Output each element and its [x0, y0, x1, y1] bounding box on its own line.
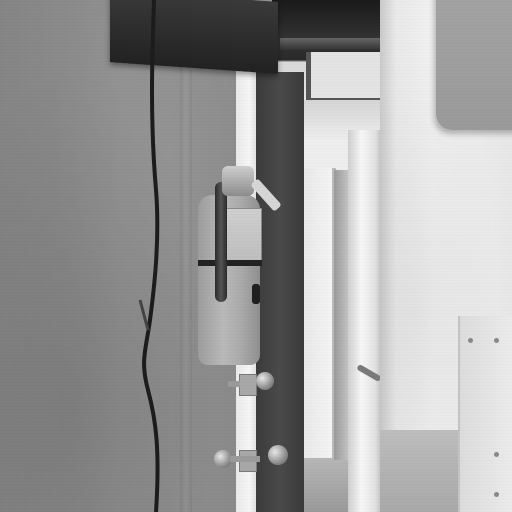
- door-knob-outer[interactable]: [268, 445, 288, 465]
- extinguisher-strap: [198, 260, 262, 266]
- photo-scene: [0, 0, 512, 512]
- wall-seam: [180, 60, 192, 512]
- overhead-duct: [306, 52, 387, 103]
- deadbolt-plate: [239, 374, 257, 396]
- door-knob-upper[interactable]: [256, 372, 274, 390]
- vertical-pipe: [348, 130, 382, 512]
- screw-icon: [468, 338, 473, 343]
- extinguisher-hose: [215, 182, 227, 302]
- knob-stem: [230, 456, 260, 462]
- extinguisher-bracket: [252, 284, 260, 304]
- right-wall-lower: [380, 430, 460, 512]
- knob-stem: [228, 381, 240, 387]
- overhead-box: [110, 0, 278, 74]
- screw-icon: [494, 338, 499, 343]
- wall-box: [436, 0, 512, 130]
- screw-icon: [494, 492, 499, 497]
- corridor-far-door: [302, 168, 336, 458]
- screw-icon: [494, 452, 499, 457]
- extinguisher-label: [224, 208, 262, 265]
- extinguisher-valve: [222, 166, 254, 196]
- overhead-pipes: [280, 38, 380, 50]
- wall-panel: [458, 316, 512, 512]
